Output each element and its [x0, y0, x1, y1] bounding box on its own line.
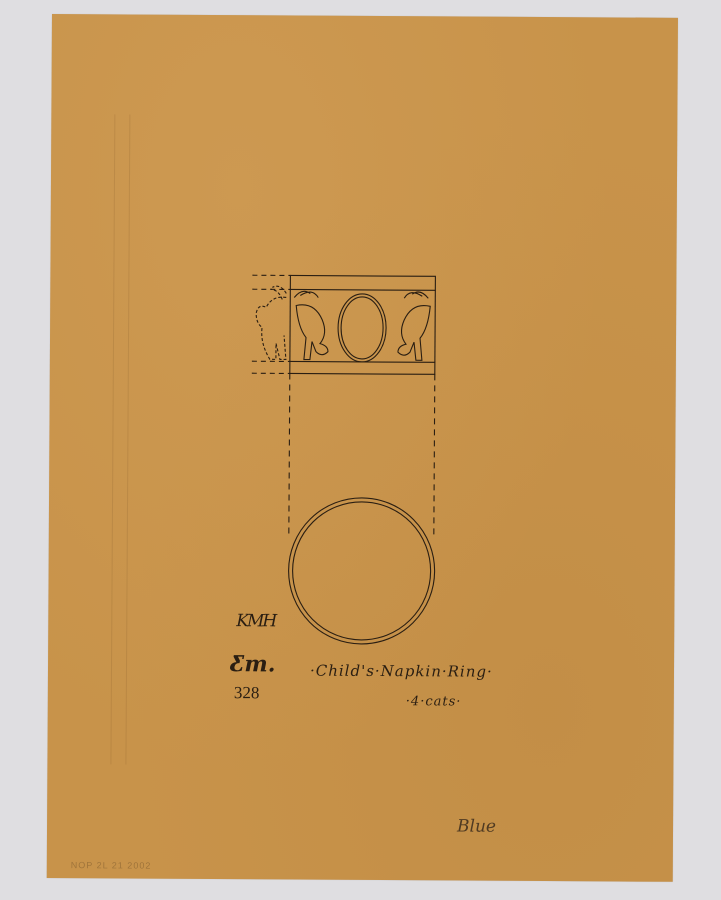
design-title: ·Child's·Napkin·Ring· [310, 662, 493, 681]
phantom-cat-outline [256, 286, 286, 359]
tracing-paper-sheet: KMH Ƹm. 328 ·Child's·Napkin·Ring· ·4·cat… [47, 14, 678, 882]
monogram-signature: KMH [236, 611, 275, 631]
design-number: 328 [234, 683, 260, 703]
pencil-note: Blue [457, 816, 496, 836]
plan-view [288, 497, 435, 644]
accession-stamp: NOP 2L 21 2002 [71, 860, 152, 870]
maker-mark: Ƹm. [230, 651, 276, 677]
napkin-ring-drawing [47, 14, 678, 882]
design-subtitle: ·4·cats· [406, 694, 462, 709]
